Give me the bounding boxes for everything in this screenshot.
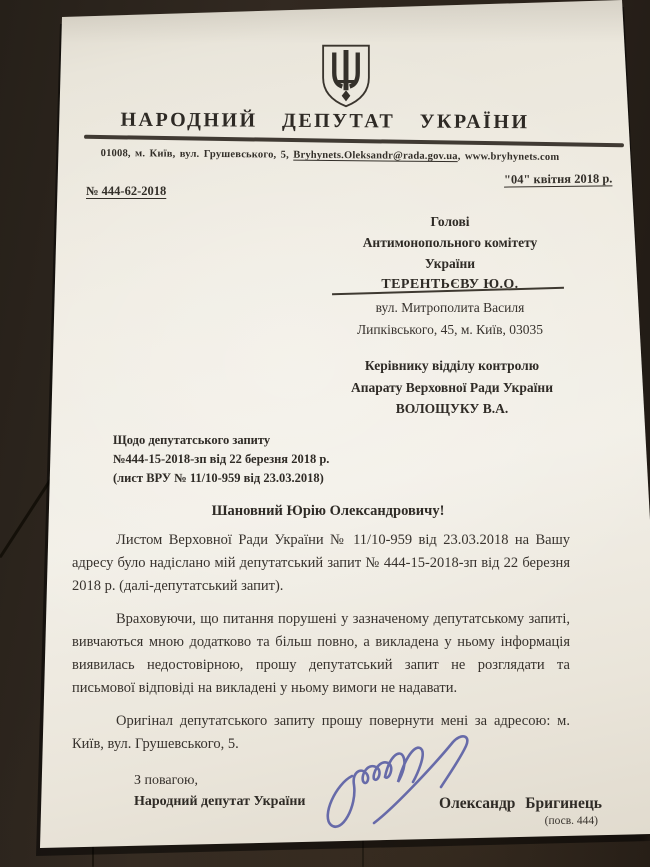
subject-block: Щодо депутатського запиту №444-15-2018-з… (113, 431, 443, 488)
recipient-address-line: Липківського, 45, м. Київ, 03035 (318, 319, 582, 341)
photo-canvas: НАРОДНИЙ ДЕПУТАТ УКРАЇНИ 01008, м. Київ,… (0, 0, 650, 867)
letterhead-title: НАРОДНИЙ ДЕПУТАТ УКРАЇНИ (85, 109, 565, 135)
salutation: Шановний Юрію Олександровичу! (60, 503, 596, 520)
subject-line: (лист ВРУ № 11/10-959 від 23.03.2018) (113, 469, 443, 488)
recipient-block-rada-control: Керівнику відділу контролю Апарату Верхо… (312, 355, 592, 420)
recipient-line: Апарату Верховної Ради України (312, 377, 592, 399)
letter-document: НАРОДНИЙ ДЕПУТАТ УКРАЇНИ 01008, м. Київ,… (0, 0, 650, 867)
recipient-line: Голові (330, 211, 570, 232)
recipient-line: Антимонопольного комітету (330, 232, 570, 253)
recipient-line: України (330, 253, 570, 274)
letterhead-website: , www.bryhynets.com (458, 151, 560, 163)
signatory-name: Олександр Бригинець (439, 795, 602, 813)
subject-line: №444-15-2018-зп від 22 березня 2018 р. (113, 450, 443, 469)
recipient-line: Керівнику відділу контролю (312, 355, 592, 377)
document-number: № 444-62-2018 (86, 184, 166, 199)
letterhead-rule (84, 135, 624, 147)
recipient-block-antimonopoly: Голові Антимонопольного комітету України… (330, 211, 570, 295)
ukraine-trident-emblem-icon (314, 42, 378, 110)
document-date: "04" квітня 2018 р. (504, 171, 613, 187)
signatory-credential: (посв. 444) (545, 815, 598, 827)
recipient-address-line: вул. Митрополита Василя (318, 297, 582, 319)
body-paragraph: Враховуючи, що питання порушені у зазнач… (72, 608, 570, 700)
recipient-person-name: ВОЛОЩУКУ В.А. (312, 398, 592, 420)
handwritten-signature-icon (318, 724, 484, 838)
letterhead-address-line: 01008, м. Київ, вул. Грушевського, 5, Br… (85, 148, 575, 163)
letterhead-email: Bryhynets.Oleksandr@rada.gov.ua (293, 150, 458, 162)
letterhead-postal-address: 01008, м. Київ, вул. Грушевського, 5, (101, 148, 294, 161)
subject-line: Щодо депутатського запиту (113, 431, 443, 450)
recipient-postal-address: вул. Митрополита Василя Липківського, 45… (318, 297, 582, 341)
body-paragraph: Листом Верховної Ради України № 11/10-95… (72, 529, 570, 598)
